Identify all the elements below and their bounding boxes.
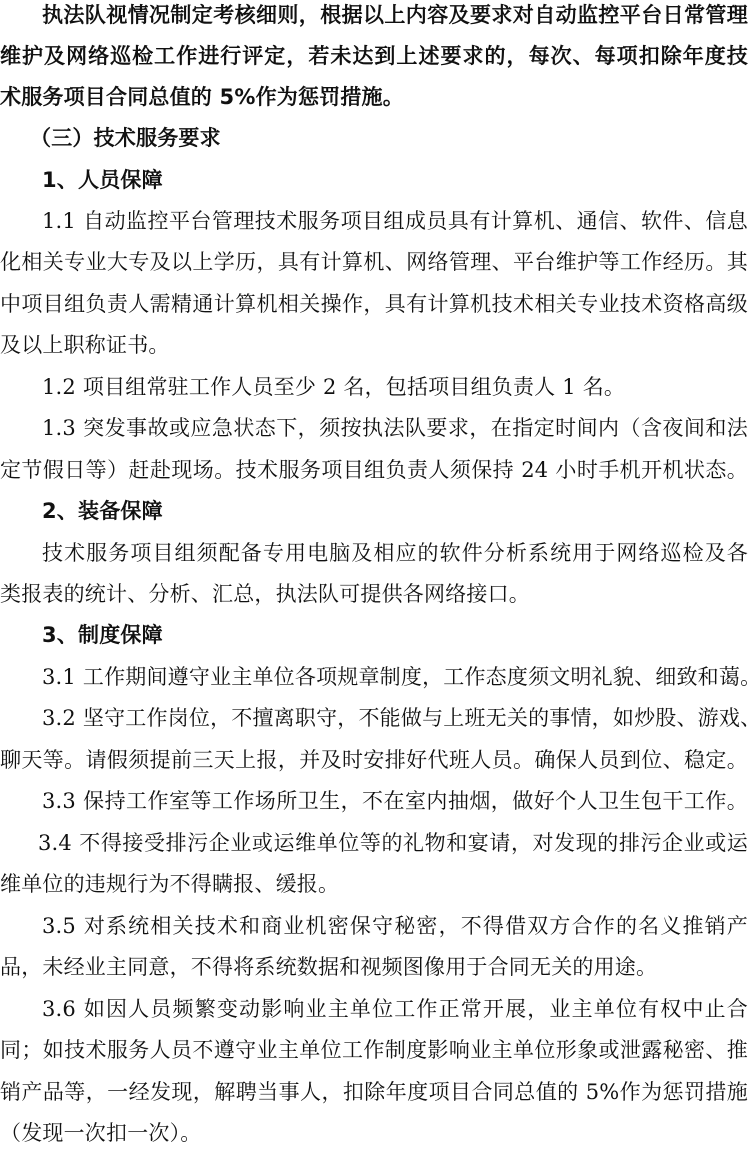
text-line: 化相关专业大专及以上学历，具有计算机、网络管理、平台维护等工作经历。其 (0, 247, 748, 277)
text-line: 1.2 项目组常驻工作人员至少 2 名，包括项目组负责人 1 名。 (42, 372, 625, 402)
text-line: 定节假日等）赶赴现场。技术服务项目组负责人须保持 24 小时手机开机状态。 (0, 455, 748, 485)
text-line: 及以上职称证书。 (0, 330, 170, 360)
text-line: 类报表的统计、分析、汇总，执法队可提供各网络接口。 (0, 579, 530, 609)
section-heading: （三）技术服务要求 (30, 123, 221, 153)
text-line: 维护及网络巡检工作进行评定，若未达到上述要求的，每次、每项扣除年度技 (0, 41, 748, 71)
document-page: 执法队视情况制定考核细则，根据以上内容及要求对自动监控平台日常管理 维护及网络巡… (0, 0, 748, 1161)
text-line: （发现一次扣一次）。 (0, 1118, 202, 1148)
text-line: 技术服务项目组须配备专用电脑及相应的软件分析系统用于网络巡检及各 (42, 538, 748, 568)
text-line: 3.3 保持工作室等工作场所卫生，不在室内抽烟，做好个人卫生包干工作。 (42, 786, 748, 816)
text-line: 销产品等，一经发现，解聘当事人，扣除年度项目合同总值的 5%作为惩罚措施 (0, 1077, 748, 1107)
text-line: 1.3 突发事故或应急状态下，须按执法队要求，在指定时间内（含夜间和法 (42, 413, 748, 443)
text-line: 1.1 自动监控平台管理技术服务项目组成员具有计算机、通信、软件、信息 (42, 206, 748, 236)
text-line: 聊天等。请假须提前三天上报，并及时安排好代班人员。确保人员到位、稳定。 (0, 745, 748, 775)
subsection-heading-rules: 3、制度保障 (42, 620, 163, 650)
text-line: 执法队视情况制定考核细则，根据以上内容及要求对自动监控平台日常管理 (42, 0, 748, 30)
text-line: 维单位的违规行为不得瞒报、缓报。 (0, 869, 339, 899)
text-line: 同；如技术服务人员不遵守业主单位工作制度影响业主单位形象或泄露秘密、推 (0, 1035, 748, 1065)
text-line: 3.2 坚守工作岗位，不擅离职守，不能做与上班无关的事情，如炒股、游戏、 (42, 703, 748, 733)
text-line: 3.4 不得接受排污企业或运维单位等的礼物和宴请，对发现的排污企业或运 (38, 828, 748, 858)
subsection-heading-equipment: 2、装备保障 (42, 496, 163, 526)
text-line: 3.1 工作期间遵守业主单位各项规章制度，工作态度须文明礼貌、细致和蔼。 (42, 662, 748, 692)
text-line: 中项目组负责人需精通计算机相关操作，具有计算机技术相关专业技术资格高级 (0, 289, 748, 319)
text-line: 3.6 如因人员频繁变动影响业主单位工作正常开展，业主单位有权中止合 (42, 994, 748, 1024)
text-line: 品，未经业主同意，不得将系统数据和视频图像用于合同无关的用途。 (0, 952, 657, 982)
text-line: 3.5 对系统相关技术和商业机密保守秘密，不得借双方合作的名义推销产 (42, 911, 748, 941)
text-line: 术服务项目合同总值的 5%作为惩罚措施。 (0, 82, 404, 112)
subsection-heading-personnel: 1、人员保障 (42, 165, 163, 195)
